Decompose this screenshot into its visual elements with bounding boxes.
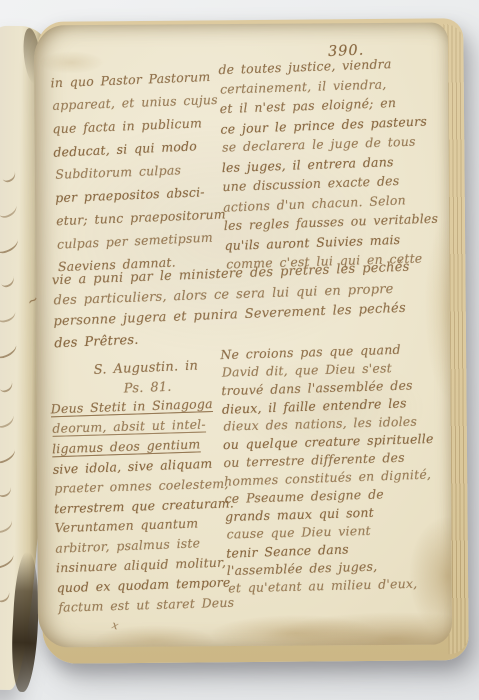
ink-stroke-fragment [0,376,15,394]
ink-stroke-fragment [0,444,17,465]
ink-stroke-fragment [0,549,16,570]
photo-backdrop: 390. in quo Pastor Pastorumappareat, et … [0,0,479,700]
right-column-french-block1: de toutes justice, viendracertainement, … [218,52,460,275]
ink-stroke-fragment [0,339,19,360]
right-column-french-block2: Ne croions pas que quandDavid dit, que D… [220,339,472,598]
ink-stroke-fragment [0,271,16,289]
manuscript-page: 390. in quo Pastor Pastorumappareat, et … [34,23,452,648]
ink-stroke-fragment [0,586,12,604]
ink-stroke-fragment [0,481,13,498]
footer-ink-mark: x [110,618,119,632]
ink-stroke-fragment [0,234,20,255]
ink-stroke-fragment [0,410,16,430]
full-width-french-block: vie a puni par le ministere des pretres … [52,256,467,354]
ink-stroke-fragment [0,200,19,220]
ink-stroke-fragment [0,166,18,184]
ink-stroke-fragment [0,306,17,324]
ink-stroke-fragment [0,515,15,535]
facing-page-text-fragments [0,168,27,602]
page-content: 390. in quo Pastor Pastorumappareat, et … [34,23,452,648]
